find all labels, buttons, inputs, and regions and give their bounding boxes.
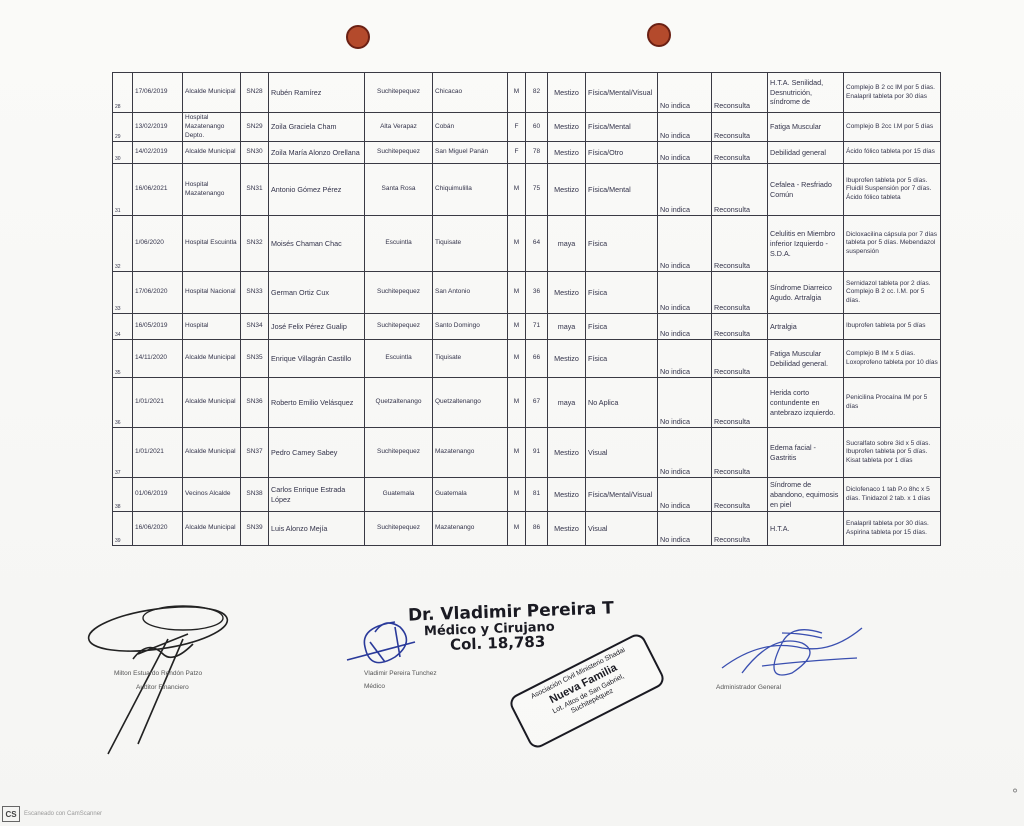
cell-no: 30 [113,142,133,164]
cell-consulta: Reconsulta [712,113,768,142]
cell-ingreso: No indica [658,272,712,314]
cell-sexo: F [508,113,526,142]
cell-tratamiento: Ácido fólico tableta por 15 días [844,142,941,164]
cell-referido: Alcalde Municipal [183,428,241,478]
cell-referido: Alcalde Municipal [183,340,241,378]
cell-tratamiento: Dicloxacilina cápsula por 7 días tableta… [844,216,941,272]
cell-diagnostico: Edema facial - Gastritis [768,428,844,478]
cell-tratamiento: Ibuprofen tableta por 5 días [844,314,941,340]
cell-discapacidad: Física [586,314,658,340]
cell-referido: Hospital [183,314,241,340]
table-row: 3514/11/2020Alcalde MunicipalSN35Enrique… [113,340,941,378]
table-row: 371/01/2021Alcalde MunicipalSN37Pedro Ca… [113,428,941,478]
cell-consulta: Reconsulta [712,216,768,272]
cell-diagnostico: Celulitis en Miembro inferior Izquierdo … [768,216,844,272]
cell-sexo: M [508,272,526,314]
cell-no: 32 [113,216,133,272]
cell-departamento: Alta Verapaz [365,113,433,142]
cell-nombre: Zoila María Alonzo Orellana [269,142,365,164]
scanner-footer: CS Escaneado con CamScanner [2,806,102,822]
cell-edad: 66 [526,340,548,378]
cell-fecha: 1/01/2021 [133,378,183,428]
cell-referido: Alcalde Municipal [183,142,241,164]
cell-ingreso: No indica [658,73,712,113]
cell-diagnostico: Debilidad general [768,142,844,164]
cell-codigo: SN34 [241,314,269,340]
table-row: 3416/05/2019HospitalSN34José Felix Pérez… [113,314,941,340]
cell-codigo: SN35 [241,340,269,378]
cell-sexo: M [508,340,526,378]
cell-edad: 67 [526,378,548,428]
cell-consulta: Reconsulta [712,478,768,512]
cell-ingreso: No indica [658,340,712,378]
cell-consulta: Reconsulta [712,272,768,314]
cell-fecha: 14/02/2019 [133,142,183,164]
cell-edad: 82 [526,73,548,113]
cell-diagnostico: H.T.A. [768,512,844,546]
cell-discapacidad: Física/Mental/Visual [586,478,658,512]
cell-edad: 91 [526,428,548,478]
signature-administrator-role: Administrador General [716,684,781,691]
cell-consulta: Reconsulta [712,314,768,340]
punch-hole-right [647,23,671,47]
cell-tratamiento: Sucralfato sobre 3id x 5 días. Ibuprofen… [844,428,941,478]
cell-discapacidad: Física/Mental/Visual [586,73,658,113]
table-row: 2817/06/2019Alcalde MunicipalSN28Rubén R… [113,73,941,113]
cell-no: 33 [113,272,133,314]
cell-discapacidad: No Aplica [586,378,658,428]
cell-no: 35 [113,340,133,378]
cell-sexo: M [508,164,526,216]
cell-departamento: Suchitepequez [365,73,433,113]
cell-etnia: Mestizo [548,164,586,216]
cell-edad: 86 [526,512,548,546]
cell-codigo: SN29 [241,113,269,142]
cell-discapacidad: Visual [586,428,658,478]
table-row: 361/01/2021Alcalde MunicipalSN36Roberto … [113,378,941,428]
cell-sexo: M [508,73,526,113]
cell-codigo: SN37 [241,428,269,478]
cell-ingreso: No indica [658,113,712,142]
table-row: 2913/02/2019Hospital Mazatenango Depto.S… [113,113,941,142]
cell-nombre: Zoila Graciela Cham [269,113,365,142]
cell-sexo: M [508,314,526,340]
cell-nombre: Enrique Villagrán Castillo [269,340,365,378]
cell-tratamiento: Penicilina Procaína IM por 5 días [844,378,941,428]
cell-no: 31 [113,164,133,216]
cell-diagnostico: Artralgia [768,314,844,340]
cell-ingreso: No indica [658,378,712,428]
cell-codigo: SN31 [241,164,269,216]
cell-diagnostico: Herida corto contundente en antebrazo iz… [768,378,844,428]
cell-departamento: Suchitepequez [365,272,433,314]
cell-etnia: maya [548,314,586,340]
cell-nombre: Moisés Chaman Chac [269,216,365,272]
cell-edad: 71 [526,314,548,340]
cell-edad: 75 [526,164,548,216]
cell-tratamiento: Complejo B 2 cc IM por 5 días. Enalapril… [844,73,941,113]
cell-codigo: SN28 [241,73,269,113]
cell-nombre: José Felix Pérez Gualip [269,314,365,340]
cell-referido: Hospital Nacional [183,272,241,314]
cell-sexo: M [508,478,526,512]
cell-etnia: Mestizo [548,512,586,546]
cell-ingreso: No indica [658,142,712,164]
table-row: 3317/06/2020Hospital NacionalSN33German … [113,272,941,314]
cell-departamento: Guatemala [365,478,433,512]
cell-codigo: SN33 [241,272,269,314]
cell-ingreso: No indica [658,314,712,340]
cell-nombre: Antonio Gómez Pérez [269,164,365,216]
cell-no: 39 [113,512,133,546]
cell-etnia: Mestizo [548,142,586,164]
cell-nombre: German Ortiz Cux [269,272,365,314]
cell-municipio: Santo Domingo [433,314,508,340]
table-row: 321/06/2020Hospital EscuintlaSN32Moisés … [113,216,941,272]
table-row: 3916/06/2020Alcalde MunicipalSN39Luis Al… [113,512,941,546]
cell-departamento: Santa Rosa [365,164,433,216]
cell-referido: Alcalde Municipal [183,73,241,113]
table-row: 3801/06/2019Vecinos AlcaldeSN38Carlos En… [113,478,941,512]
cell-municipio: Mazatenango [433,428,508,478]
signature-auditor-role: Auditor Financiero [136,684,189,691]
cell-edad: 36 [526,272,548,314]
cell-discapacidad: Física [586,340,658,378]
cell-tratamiento: Complejo B IM x 5 días. Loxoprofeno tabl… [844,340,941,378]
cell-departamento: Suchitepequez [365,314,433,340]
cell-departamento: Suchitepequez [365,428,433,478]
scanned-page: 2817/06/2019Alcalde MunicipalSN28Rubén R… [0,0,1024,826]
cell-ingreso: No indica [658,428,712,478]
doctor-stamp: Dr. Vladimir Pereira T Médico y Cirujano… [408,604,614,651]
cell-referido: Alcalde Municipal [183,378,241,428]
cell-tratamiento: Diclofenaco 1 tab P.o 8hc x 5 días. Tini… [844,478,941,512]
cell-no: 36 [113,378,133,428]
signature-administrator [712,618,872,688]
cell-codigo: SN39 [241,512,269,546]
cell-diagnostico: Síndrome de abandono, equimosis en piel [768,478,844,512]
cell-edad: 64 [526,216,548,272]
cell-referido: Alcalde Municipal [183,512,241,546]
cell-etnia: Mestizo [548,478,586,512]
cell-consulta: Reconsulta [712,340,768,378]
cell-fecha: 01/06/2019 [133,478,183,512]
cell-etnia: maya [548,216,586,272]
cell-sexo: M [508,428,526,478]
cell-consulta: Reconsulta [712,512,768,546]
cell-nombre: Pedro Camey Sabey [269,428,365,478]
cell-fecha: 1/01/2021 [133,428,183,478]
cell-tratamiento: Sernidazol tableta por 2 días. Complejo … [844,272,941,314]
cell-codigo: SN30 [241,142,269,164]
cell-diagnostico: Cefalea - Resfriado Común [768,164,844,216]
cell-etnia: Mestizo [548,340,586,378]
signature-auditor-name: Milton Estuardo Rendón Patzo [114,670,202,677]
cell-codigo: SN32 [241,216,269,272]
cell-sexo: M [508,378,526,428]
cell-fecha: 13/02/2019 [133,113,183,142]
cell-diagnostico: Fatiga Muscular [768,113,844,142]
cell-fecha: 17/06/2019 [133,73,183,113]
cell-tratamiento: Enalapril tableta por 30 días. Aspirina … [844,512,941,546]
cell-tratamiento: Ibuprofen tableta por 5 días. Fluidil Su… [844,164,941,216]
cell-etnia: Mestizo [548,272,586,314]
cell-consulta: Reconsulta [712,164,768,216]
cell-fecha: 16/05/2019 [133,314,183,340]
cell-sexo: M [508,216,526,272]
scanner-footer-text: Escaneado con CamScanner [24,811,102,817]
cell-municipio: Tiquisate [433,340,508,378]
cell-departamento: Quetzaltenango [365,378,433,428]
cell-etnia: Mestizo [548,73,586,113]
cell-municipio: Quetzaltenango [433,378,508,428]
cell-edad: 78 [526,142,548,164]
patient-registry-table: 2817/06/2019Alcalde MunicipalSN28Rubén R… [112,72,941,546]
cell-no: 29 [113,113,133,142]
cell-diagnostico: H.T.A. Senilidad, Desnutrición, síndrome… [768,73,844,113]
cell-ingreso: No indica [658,164,712,216]
cell-sexo: M [508,512,526,546]
cell-etnia: Mestizo [548,428,586,478]
cell-no: 34 [113,314,133,340]
cell-departamento: Suchitepequez [365,512,433,546]
cell-referido: Hospital Mazatenango Depto. [183,113,241,142]
page-corner-mark: ⚬ [1010,784,1020,798]
cell-fecha: 14/11/2020 [133,340,183,378]
cell-municipio: Chicacao [433,73,508,113]
cell-departamento: Escuintla [365,340,433,378]
cell-diagnostico: Síndrome Diarreico Agudo. Artralgia [768,272,844,314]
table-row: 3014/02/2019Alcalde MunicipalSN30Zoila M… [113,142,941,164]
cell-etnia: Mestizo [548,113,586,142]
cell-departamento: Escuintla [365,216,433,272]
cell-referido: Vecinos Alcalde [183,478,241,512]
cell-no: 28 [113,73,133,113]
cell-discapacidad: Física [586,216,658,272]
cell-nombre: Carlos Enrique Estrada López [269,478,365,512]
cell-nombre: Rubén Ramírez [269,73,365,113]
cell-referido: Hospital Escuintla [183,216,241,272]
cell-consulta: Reconsulta [712,73,768,113]
cell-fecha: 16/06/2021 [133,164,183,216]
cell-municipio: San Antonio [433,272,508,314]
cell-tratamiento: Complejo B 2cc I.M por 5 días [844,113,941,142]
cell-nombre: Roberto Emilio Velásquez [269,378,365,428]
cell-ingreso: No indica [658,478,712,512]
cell-edad: 81 [526,478,548,512]
cell-discapacidad: Visual [586,512,658,546]
cell-discapacidad: Física/Mental [586,164,658,216]
cell-consulta: Reconsulta [712,378,768,428]
signature-doctor-role: Médico [364,683,385,690]
cell-fecha: 1/06/2020 [133,216,183,272]
cell-diagnostico: Fatiga Muscular Debilidad general. [768,340,844,378]
cell-discapacidad: Física/Mental [586,113,658,142]
cell-municipio: Cobán [433,113,508,142]
cell-discapacidad: Física/Otro [586,142,658,164]
cell-municipio: San Miguel Panán [433,142,508,164]
cell-consulta: Reconsulta [712,142,768,164]
cell-sexo: F [508,142,526,164]
cell-ingreso: No indica [658,512,712,546]
cell-no: 38 [113,478,133,512]
cell-municipio: Tiquisate [433,216,508,272]
signature-doctor-name: Vladimir Pereira Tunchez [364,670,437,677]
cell-municipio: Guatemala [433,478,508,512]
punch-hole-left [346,25,370,49]
cell-codigo: SN36 [241,378,269,428]
cell-referido: Hospital Mazatenango [183,164,241,216]
cell-edad: 60 [526,113,548,142]
cell-consulta: Reconsulta [712,428,768,478]
camscanner-logo-icon: CS [2,806,20,822]
cell-municipio: Chiquimulilla [433,164,508,216]
cell-departamento: Suchitepequez [365,142,433,164]
cell-nombre: Luis Alonzo Mejía [269,512,365,546]
cell-municipio: Mazatenango [433,512,508,546]
cell-etnia: maya [548,378,586,428]
cell-codigo: SN38 [241,478,269,512]
cell-no: 37 [113,428,133,478]
cell-fecha: 16/06/2020 [133,512,183,546]
cell-fecha: 17/06/2020 [133,272,183,314]
table-row: 3116/06/2021Hospital MazatenangoSN31Anto… [113,164,941,216]
cell-discapacidad: Física [586,272,658,314]
cell-ingreso: No indica [658,216,712,272]
